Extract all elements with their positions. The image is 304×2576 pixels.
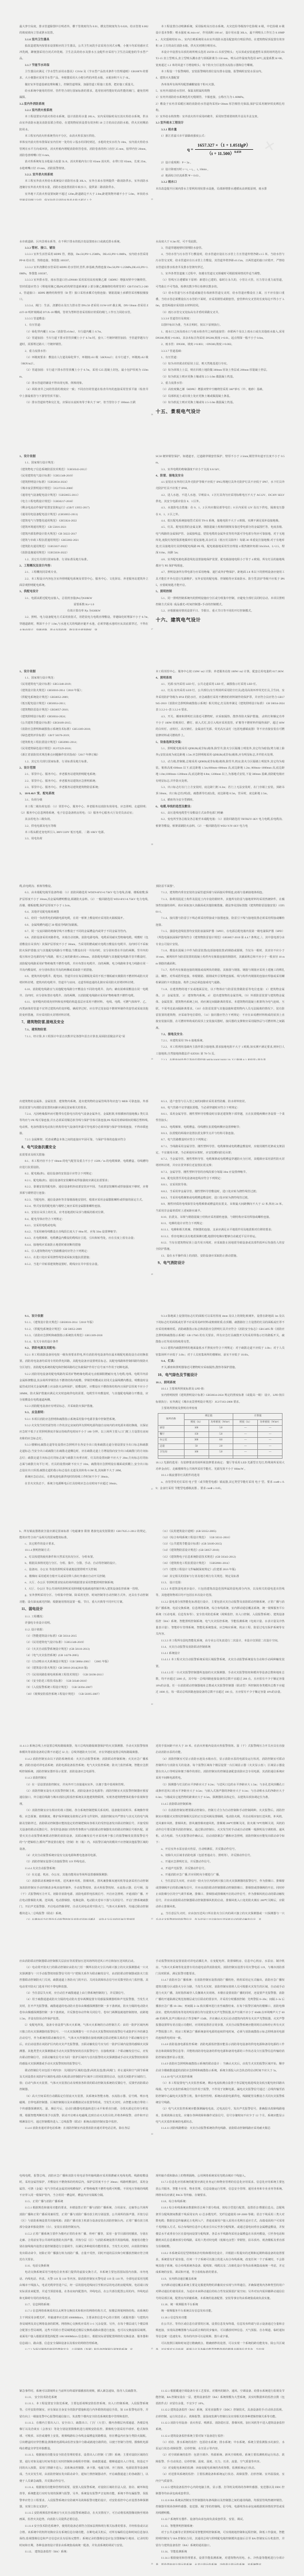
document-page: 1、设计依据1.1、国家现行设计规范：《民用建筑电气设计标准》GB51348-2… [0,669,304,884]
text-column: 出建筑物的金属体、金属装置、建筑物内系统、进出建筑物的金属管线等均应连与 MEB… [19,1098,148,1275]
paragraph: 5.2、应根据使用情况设置平日、节假日、重大节日等不同的开灯控制模式。 [156,608,285,614]
table-cell: 5.0 [209,1426,233,1432]
paragraph: 11.4.1.3 系统总线上应设置总线短路隔离器，每只总线短路隔离器保护的火灾探… [19,1743,148,1756]
table-cell: 8.0 [209,1438,233,1444]
document-page: 紧急事件时，系统可以即刻终止当前所有终端屏幕播放的视频，插入紧急通知，指导人员疏… [0,2388,304,2576]
paragraph: 4.2、进人水池、不进人水池、旱喷泉 0、1 区灯具均匀应采用标称电压不大于 A… [156,492,285,505]
paragraph: 11.4.1 系统设计 [156,1650,285,1657]
paragraph: （14）《建筑物防雷设计规范》(GB 50057-2010) [156,1547,285,1553]
heading: 6、电缆,导线的选型及敷设： [156,804,285,810]
paragraph: （2）对空调系统的监控：包括空调冷、热源系统、新风空调机组。系统主要监测机组运行… [156,2452,285,2465]
paragraph: 6.1、高压进线电缆型号及敷设方式由供电部门明确 [156,810,285,816]
denominator-base: （t + 11.500） [207,151,234,156]
paragraph: 7.1.4、接闪器与防雷引下线必须采用焊接或卡接器连接，防雷引下线与接地装置必须… [156,915,285,928]
paragraph: 2.2、邻里中心、服务中心、养老服务站建筑应急照明系统； [19,778,148,784]
paragraph: 8.11.1、电梯和相关机械、控制器的连接、支承应满足水平地震作用及地震相对位移… [156,1227,285,1233]
paragraph: 详强电专业设计说明。 [19,1620,148,1626]
page-number: 36 [0,413,304,416]
paragraph: （2）电气火灾监控系统应能探测漏电电流、过电流信号，发出声光报警信号，准确报出故… [156,2106,285,2125]
table-row [158,1456,283,1458]
paragraph: （1）绿化带内覆土 0.5m（消防管≥0.8m），车行道内覆土 0.7m。 [19,329,148,335]
paragraph: 11.5、正常广播与消防广播系统 [19,2199,148,2205]
paragraph: 7.2.2、本工程利用基础内主筋作联合接地体,要求接地电阻不大于 1 欧姆,如实… [156,1044,285,1057]
paragraph: 2、雨水管：DN300，坡度 i=0.003；>DN300,坡度 i=0.002… [156,341,285,348]
page-number: 39 [0,1058,304,1060]
paragraph: 4.4、低压配电系统接地型式采用 TN-S 系统，接地电阻不大于 4 欧姆。实测… [156,518,285,524]
heading: 3.1.6 室内卫生器具 [19,37,148,43]
paragraph: 主要场所照度及照明功率密度 [156,1405,285,1412]
paragraph: 水市政道路、区内景观水系等，在不利于排水的低洼处设置雨水口或就近排水系统。 [19,239,148,245]
table-cell: — [233,1438,258,1444]
paragraph: 6.5、给同一负荷供电的两路电源电缆，在同一桥架上敷设时应采用防火隔板隔开。 [19,915,148,921]
paragraph: e、大厅、办公区 等照明要求较高的场所根据要求采用智能照明控制系统; [19,1580,148,1586]
paragraph: 《消防设施通用规范》（GB55036-2022） [19,550,148,556]
paragraph: 11.6、电话交换系统 [19,2263,148,2269]
paragraph: 6.3、由末端配电箱至设备终端：（1）消防回路选用 WDZN-BYJ-0.75K… [19,890,148,909]
table-cell: — [233,1444,258,1450]
paragraph: （5）《自动喷水灭火系统设计规范》（GB 50084-2001） （2005 年… [19,1659,148,1665]
table-cell: 50 [184,1444,209,1450]
paragraph: 4.3、开关、插座和照明灯具靠近可燃物时，应采取隔热、散热等防火保护措施。 卤钨… [156,714,285,739]
paragraph: 9.1.4、有关专业的设计条件 [19,1339,148,1345]
text-column: 现传输介质和路由上的物理隔绝。公用网络系统采用光缆由城市干线接入。11.7.3 … [156,2173,285,2350]
paragraph: 8.11.2、垂直电梯宜具有地震探测功能,地震时电梯应能够自动就近平层并停运。 [156,1234,285,1240]
paragraph: 《建筑物防雷设计规范》GB50057-2010； [19,707,148,713]
paragraph: 11.8.2 本系统采用星型网络拓扑结构和模块化设计，并根据工程提出的近期和远期… [156,2250,285,2276]
paragraph: （16）《建筑机电工程抗震设计规范》 （GB50981-2014） [156,1560,285,1567]
paragraph: 紧急事件时，系统可以即刻终止当前所有终端屏幕播放的视频，插入紧急通知，指导人员疏… [19,2388,148,2394]
paragraph: 11.12.1 根据暖通空调设备专业工艺要求，对楼内的制冷、通风、空调设备、给排… [156,2388,285,2407]
heading: 3、 10/0.4kV 变、配电系统 [19,791,148,797]
paragraph: 本工程设置室内消火栓给水系统，设计消防用水量 20L/s。室内采用临时高压消火栓… [19,114,148,133]
paragraph: c、其它附件的设计要求。 [19,1541,148,1547]
paragraph: 11.4.1.2.任一台火灾报警控制器所连接的火灾探测器、手动火灾报警按钮和模块… [156,1670,285,1695]
paragraph: 《建筑内部装修设计防火规范》GB 50222-2017 [19,531,148,537]
paragraph: 10.1.1 主要场所照度标准及 LPD 值： [156,1386,285,1392]
document-page: 电线电缆，报警总线、消防应急广播和消防专用电话等传输线路应采用阻燃耐火电线电缆。… [0,2173,304,2388]
table-subheader-cell: 照度（lx） [233,1419,258,1426]
page-number: 43 [0,1917,304,1920]
paragraph: 2）敷设于室内非采暖区域的消防给水管道均采用δ=30mm 厚岩棉管壳保温,保护层… [156,101,285,114]
paragraph: （6）《建筑设计防火规范》GB 50016-2014(2018 版) [19,1665,148,1671]
text-column: 近的手报间距不应大于 30 米。在消火栓箱内设消火栓报警按钮。湿（干）式报警阀压… [156,1743,285,1920]
paragraph: 8.2.2、靠墙安装的配电柜、通信设备机柜底部安装应牢固。当底部安装螺栓或焊接强… [19,1184,148,1197]
paragraph: 11.4.4 火灾自动报警系统： [19,1866,148,1872]
paragraph: （2）局部软泥土或垃圾土处应更换土壤或做混凝土条基。 [156,393,285,399]
paragraph: （1）本工程设置电气火灾监控系统。剩余电流检测点设置于各层配电箱进线处及低压配电… [156,2080,285,2106]
heading: 3.2.室内外消防系统 [19,101,148,107]
page-number: 37 [0,628,304,630]
paragraph: 11.4.10 电气火灾监控系统 [156,2074,285,2080]
paragraph: 8.11、电梯的设计应符合下列规定： [156,1220,285,1227]
table-cell: 走道 [158,1444,184,1450]
paragraph: 11.5.2 正常广播系统主要作为楼内正常的业务广播、传呼广播等，采用一套节目源… [19,2231,148,2263]
heading: 9、电气消防设计 [156,1259,285,1268]
paragraph: 3.1、电源从附近配电房接入，总装机容量(Pe)为630KW [19,595,148,602]
heading: 1、设计依据 [19,669,148,675]
paragraph: 《民用建筑电气设计标准》（GB51348-2019） [19,473,148,479]
paragraph: （13）《公共建筑节能设计标准》(GB 50189-2015) [156,1541,285,1547]
paragraph: 需要系数 Kx=1.0 [19,602,148,608]
table-cell [233,1456,258,1458]
paragraph: （6）高大空间采用自动跟踪定位射流灭火装置，其系统由智能水炮、水流指示器、信号阀… [19,2093,148,2125]
document-page: 水市政道路、区内景观水系等，在不利于排水的低洼处设置雨水口或就近排水系统。3.3… [0,239,304,454]
paragraph: 11.4.2 消防控制室由以下消防系统组成：火灾自动报警系统；消防联动控制系统；… [19,1756,148,1775]
text-column: （11）《民用建筑设计通则》(GB 50352-2005)（12）《综合布线系统… [156,1528,285,1705]
paragraph: 11.12.7 系统所有器件、设备均由承包商负责成套供货、安装、调试。 [156,2516,285,2523]
text-column: 顶防雷平面图”。7.1.2、建筑物内垂直安装的金属管道顶端与屋面接闪带相连,底端… [156,883,285,1060]
paragraph: 7.1.1、经计算,本工程预计年雷击次数详见各图年雷击计算表,屋面防雷做法详见“… [19,1034,148,1040]
paragraph: 5.1、同一照明控制系统内的照明设施应分区或分组集中控制，应避免全部灯具同时启动… [156,595,285,608]
paragraph: b、切除失火区域非消防电源（包括普通动力、照明等），并反馈动作信号。 [156,1852,285,1859]
paragraph: 3.3.3.3 室外排水管，雨水管道口径≤DN600 采用采用高密度聚乙烯（HD… [19,277,148,303]
paragraph: 9.3.3 楼梯间,疏散走道等处设置应急照明并在各安全出口处和疏散走道分别设置安… [19,1442,148,1474]
paragraph: 8.2.3、当配电柜、通信设备柜等非靠墙落地安装时，根部应采用金属膨胀螺栓或焊接… [19,1197,148,1203]
paragraph: （4）火灾自动报警系统应设有交流电源和蓄电池备用电源。 [19,1852,148,1859]
paragraph: 11.3、 设计范围： [156,1580,285,1586]
table-cell: — [233,1426,258,1432]
heading: 1、设计依据 [19,453,148,460]
heading: 3、供配电设计 [19,589,148,595]
paragraph: 8.8.2、当采用穿金属导管、刚性塑料导管敷设时，进口处应转为挠性线管过渡； [156,1189,285,1195]
paragraph: （4）消防控制室可显示消防水池及水箱水位，显示消防水泵的电源及运行状况，消防控制… [156,1756,285,1782]
paragraph: （3）如为软泥土则应更换土壤或每 2.5-3.0m 做混凝土枕基。 [156,399,285,406]
paragraph: 《建筑与市政工程抗震通用规范》GB55002-2021 [19,537,148,543]
paragraph: 8.8.3、当采用电缆梯架或电缆槽盒敷设时，进口处应转为挠性线管过渡。 [156,1195,285,1201]
paragraph: 做好室外管道基础处理和覆土，控制管道埋深，加强管道工程施工监督，把好施工质量关。 [19,82,148,88]
exponent: 0.659 [234,151,241,154]
paragraph: 1、有压管道： [19,322,148,328]
heading: 十六、建筑电气设计 [156,614,285,626]
paragraph: 9.1.1、《建筑设计防火规范》GB50016-2014（2018 年版） [19,1319,148,1326]
heading: 10、电气绿色及节能设计 [156,1371,285,1380]
paragraph: 4.1、光源:室内采用 LED 灯，公共走道采用 LED 灯，疏散指示灯采用 L… [156,681,285,687]
page-number: 46 [0,2562,304,2565]
page-number: 35 [0,198,304,201]
paragraph: 3.3.3.7 管道基础： [156,348,285,354]
paragraph: 11.7.3 信息化应用系统的配置应满足业务运行和物业管理的信息化应用需求。信息… [156,2179,285,2199]
paragraph: 8.7、电气管路敷设时应符合下列规定： [156,1137,285,1143]
paragraph: （2）管道加固：车行道下排水管管顶覆土小于 0.7m，采用 C25 混凝土封包，… [19,367,148,380]
fraction: 1657.327 ×（1 + 1.051lgP）（t + 11.500）0.65… [195,142,253,157]
paragraph: 4）地面综合径流系数 Ψ = 0.63 。 [156,173,285,179]
paragraph: 9.3.1 本项目消防应急照明和疏散指示系统采用集中电源非集中控制型系统。 [19,1416,148,1423]
paragraph: c、开通应急照明灯具，并反馈动作信号。 [156,1859,285,1865]
paragraph: 4.1.安装在室外的灯具外壳防护等级不应低于 IP65;埋地灯具外壳防护灯具不应… [156,479,285,492]
paragraph: 5.1、照明配电箱采用 QDB2R(或非标)箱体,除竖井,防火分区隔墙上明装外,… [156,746,285,759]
paragraph: 11.11.5 安防视频监控系统宜与火灾自动报警系统联动，在火灾情况下，可自动将… [19,2510,148,2523]
paragraph: 8.7.1、当线路采用金属导管、刚性塑料导管、电缆梯架或电缆槽盒敷设时，应使用刚… [156,1143,285,1157]
paragraph: 开关,插座和照明器靠近可燃物时应采取隔热,散热等保护措施。 [156,1364,285,1371]
paragraph: 11.12、 建筑设备监控（BA）系统： [19,2549,148,2555]
paragraph: 以图中标识为准，当未注明时，按以下原则执行。 [156,322,285,328]
paragraph: 11.12.3 消防专用设备：消火栓泵、喷洒泵、消防稳压泵、排烟风机、加压风机等… [156,2420,285,2433]
paragraph: 13、设在水平操作面上的消防、安防设备应采取防止滑动措施。 [156,1253,285,1259]
paragraph: 《通用用电设备配电设计规范》(GB50055-2011) [19,512,148,518]
paragraph: 本次改造提升区域内排水主要利用现状排水设施，局部新增排水遵循从高到低原则，雨水排 [156,186,285,192]
paragraph: 顶防雷平面图”。 [156,883,285,890]
paragraph: f、大厅、办公区 等公共场所的照明采用照明配电箱就地控制并纳入建筑设备监控系统一… [19,1586,148,1592]
document-page: 1、设计依据1.1、国家现行设计规范：《建筑物电子信息系统防雷技术规范》（GB5… [0,453,304,669]
heading: 3.3.1 雨水量 [156,127,285,133]
paragraph: （12）《综合布线系统工程设计规范》 （GB 50311-2016） [156,1535,285,1541]
numerator: 1657.327 ×（1 + 1.051lgP） [195,142,253,150]
text-column: 11.4.1.3 系统总线上应设置总线短路隔离器，每只总线短路隔离器保护的火灾探… [19,1743,148,1920]
paragraph: 给水系统中使用的管材、管件符合现行国家标准的要求。选用密闭性能好的高性能的阀门，… [19,88,148,101]
paragraph: 11.4.3 消防控制室 [19,1775,148,1781]
paragraph: （4）对送排风系统的监控：主要监测设备和系统运行状态、故障报警、启停控制、室外温… [156,2471,285,2484]
table-cell: — [258,1431,283,1438]
heading: 7.2、接地及安全. [156,1031,285,1038]
paragraph: 《建筑防火通用规范》（GB55037-2022） [19,543,148,550]
paragraph: f、当任意层失火时，应由同一防火分区内的两只独立的火灾探测器的报警信号，作为排烟… [156,1878,285,1910]
paragraph: 拟改造建筑内按要求设置相应的卫生器具，公共卫生间洗手盆采用自闭式水嘴，小便斗均采… [19,43,148,62]
paragraph: 对于公共走廊等正常照明采用智能照明控制系统，可实现就地控制和远程控制，降低工作强… [156,2529,285,2549]
paragraph: （4）用于疏散通道或防火分隔的电动防火卷帘两侧设置专用感温探测器组和声光报警器，… [19,1996,148,2022]
table-cell [158,1456,184,1458]
paragraph: （1）在消防控制室增置联动控制台，控制方式分为自动控制和手动控制两种。火灾报警后… [156,1807,285,1846]
heading: 3.3.3 管材、接口、铺设 [19,245,148,251]
paragraph: 11.11、 安全技术防范系统 [19,2394,148,2401]
paragraph: （1）《智能建筑设计标准》GB 50314-2015 [19,1633,148,1639]
table-subheader-cell: 功率密度（W/m²） [258,1419,283,1426]
table-cell: 2.0 [209,1444,233,1450]
paragraph: 《绿色建筑评价标准》 GB/T 50378-2019； [19,732,148,739]
paragraph: （5）消防控制室设置可直接报警的 119 外线电话。 [19,1859,148,1865]
document-page: 11.4.1.3 系统总线上应设置总线短路隔离器，每只总线短路隔离器保护的火灾探… [0,1743,304,1958]
table-cell: — [233,1431,258,1438]
text-column: 手动报警按钮处设置消防对讲电话插孔外，在变配电所、防排烟机房、信息中心机房、水泵… [156,1958,285,2135]
paragraph: 《供配电系统设计规范》GB50052-2009； [19,694,148,701]
paragraph: 11.11.3、根据使用功能及安全防范管理的要求，设置出入口控制（门禁）系统；主… [19,2452,148,2484]
paragraph: 11.4.9 消防应急照明和疏散指示系统的联动设计 ：当确认火灾后，由发生火灾的… [156,2061,285,2074]
paragraph: 6.10、消防配电线路宜与其他配电线路分开敷设在不同的电缆井、沟内；确有困难需敷… [19,986,148,1000]
paragraph: 1.1、国家现行设计规范： [19,675,148,681]
table-cell: 卫生间 [158,1450,184,1456]
paragraph: 电话交换系统采用当地电信业务部门提供的虚拟交换方式，本系统主要包括国际国内直拨、… [19,2269,148,2301]
paragraph: 《民用建筑电气设计标准》GB51348-2019； [19,681,148,687]
table-row: 卫生间1005.0—— [158,1450,283,1456]
text-column: 最大净空高度。排水管道除图中注明者外，横干管坡度均为 0.01，横支管坡度均为 … [19,24,148,201]
paragraph: 7.1.2、建筑物内垂直安装的金属管道顶端与屋面接闪带相连,底端与基础接地体相连… [156,890,285,896]
heading: 3.3.2 雨水口 [156,179,285,185]
table-cell: 5.0 [209,1431,233,1438]
paragraph: 8.5.2、当进户并贴邻建筑物设置时，缆线应在井中留有余量。 [19,1261,148,1268]
heading: 3.2.1 室内消火栓系统 [19,107,148,114]
formula-lhs: q = [187,147,193,152]
paragraph: （2）如为回填土土层，则在回填土地段做 300mm 厚灰土垫层或 200mm 厚… [156,367,285,373]
paragraph: b、根据具体情况进行分区、分组、集中、分散、手动、自动等控制的设计。 [19,1560,148,1567]
paragraph: 4.2、灯具:室内采用 LED 灯，公共部位(有尘埃场所采用防尘灯具)选用高效环… [156,687,285,713]
text-column: 应由消防联动控制器联动控制相关层前室等需要加压送风场所的送风口开启和加压送风机启… [19,1958,148,2135]
paragraph: 2.1、邻里中心、服务中心、养老服务站建筑照明配电系统； [19,771,148,778]
text-column: SC50 镀锌钢管保护。如遇道牙，过道路穿钢套管保护，壁厚不小于 2.5mm,钢… [156,453,285,630]
paragraph: （8）《安全防范工程技术标准》 （GB 50348-2018） [19,1678,148,1684]
text-column: b、所有镇流器谐波含量应满足国家标准《电磁兼容 限值 谐波电流发射限值》GB17… [19,1528,148,1705]
paragraph: 本工程设一个报警阀组，安装报警阀的部位设有排水设施，报警阀组安装水泵房内。 [156,69,285,75]
paragraph: 2.1、工程概况同景观专业。 [19,569,148,575]
heading: 9.2、消防电源及其配电： [19,1345,148,1351]
paragraph: 4.7、照明设备所有带电部分应采用绝缘、遮拦或外护物保护。距地面 2.8 米以下… [156,569,285,589]
document-page: b、所有镇流器谐波含量应满足国家标准《电磁兼容 限值 谐波电流发射限值》GB17… [0,1528,304,1744]
paragraph: 水高度大于 0.3m 时，可不受此限。 [156,239,285,245]
paragraph: 1、雨水口之间及雨水口与雨水检查井之间的连接管：串联两个及以上雨水口或有其他雨水… [156,329,285,342]
heading: 2、工程概况及设计内容： [19,563,148,569]
paragraph: 9.1.3、《消防应急照明和疏散指示系统技术规范》GB51309-2018 [19,1333,148,1339]
paragraph: 11.4.11 消防线路敷设：火灾自动报警系统的供电线路、消防联动控制线路应采用… [156,2125,285,2131]
paragraph: 其余用电为三级负荷。 [19,816,148,823]
paragraph: e、开通消防应急广播,并应同时向全楼进行广播。 [156,1872,285,1878]
document-page: 9.1、设计依据9.1.1、《建筑设计防火规范》GB50016-2014（201… [0,1313,304,1528]
paragraph: （3）排水管道的铺设不得出现无坡、倒坡现象。 [19,380,148,386]
paragraph: 3.3.3.1 室外生活管采用 HDPE 管，熔接，De≤50,PN=1.25M… [19,251,148,264]
paragraph: （3）消防控制室应有相应的竣工图纸、各分系统控制逻辑关系说明、设备使用说明书、系… [19,1807,148,1852]
paragraph: 室内移动通信覆盖系统主要是克服建筑物的屏蔽效应实现与外界通信，并确保建筑内各种类… [156,2282,285,2302]
paragraph: 2）设计重现期：P = 3a 。 [156,160,285,166]
paragraph: 11.4.5 消防联动控制系统： [156,1801,285,1807]
document-page: 应由消防联动控制器联动控制相关层前室等需要加压送风场所的送风口开启和加压送风机启… [0,1958,304,2173]
paragraph: 11.10、统一视频服务平台系统 [156,2302,285,2308]
table-cell: 5.0 [209,1450,233,1456]
paragraph: 2、重力流排水管： [19,348,148,354]
paragraph: 11.12.4 建筑设备监控系统主要对如下设备进行监控： [156,2433,285,2439]
paragraph: 6.9、建筑内的电缆井、配电间、管道井应在每层楼板处采用不低于楼板耐火极限的不燃… [19,973,148,986]
paragraph: 《建筑环境通用规范》 GB 55016-2021 [19,524,148,530]
document-page: 最大净空高度。排水管道除图中注明者外，横干管坡度均为 0.01，横支管坡度均为 … [0,24,304,239]
paragraph: 联动控制信号应包括下列内容：关闭防护区域的送(排)风机及送(排)风阀门；停止通风… [19,2068,148,2093]
table-cell: — [233,1450,258,1456]
table-subheader-cell: 功率密度（W/m²） [209,1419,233,1426]
paragraph: 8.12、当有在建筑物屋顶上设共用天线时，应采取防止因地震导致设备或其部件损坏后… [156,1240,285,1253]
paragraph: （4）两检查井之间的管段的坡度应一致；不同直径的管道在检查井内的连接采用管顶平接… [19,386,148,399]
paragraph: 最大净空高度。排水管道除图中注明者外，横干管坡度均为 0.01，横支管坡度均为 … [19,24,148,37]
paragraph: （2）消防控制室设有火灾报警控制主机、消防设备应急电源等；消防控制室火灾报警控制… [19,1788,148,1807]
paragraph: 11.12.6 BA 系统从控制室至控制器的每条线路以及控制器之间的通讯线路，均… [156,2497,285,2517]
paragraph: 8.9、刚性材质的电线保管及电缆梯架或槽盒的抗震支、吊架最大间距侧向不大于 12… [156,1201,285,1214]
paragraph: 8.10、抗震支、吊架与钢筋混凝土结构应采用锚栓连接，与钢结构应采用焊接或螺栓连… [156,1214,285,1220]
paragraph: 统一视频服务平台系统具有信息发布功能。 [156,2308,285,2314]
paragraph: 11.4.6 消防直通对讲电话系统：在消防控制室内设置消防直通对讲电话总机，除在… [19,2125,148,2131]
paragraph: 5、室内外消防给水管材、保温及附属构筑物 [156,88,285,94]
paragraph: 7.2.5 金属梯架、托盘或槽盒本体之间的连接应牢固可靠，与保护导体的连接应符合 [19,1137,148,1143]
paragraph: 8.7.3、金属导管、刚性塑料导管的直线段部分每隔 30m 应设置伸缩节。 [156,1169,285,1175]
paragraph: 8.5.3、进户套管与引入管之间的间隙应采用柔性防腐、防水材料密封。 [156,1098,285,1105]
paragraph: 《建筑照明设计标准》（GB50034-2024） [19,479,148,485]
paragraph: 本工程设置自动喷淋系统，采用临时高压给水系统。火灾危险等级按中危险级 II 级，… [156,24,285,49]
paragraph: 9.2.1 本工程消防设备用电按一级负荷要求供电,所有消防用电设备均在最末级配电… [19,1352,148,1371]
paragraph: 11.3.3 本工程所有弱电智能化系统，由专业公司负责进行二次设计，本设计仅预留… [156,1638,285,1644]
paragraph: 《浙江省消防技术规范难点问题操作技术指南》（2017 年修订稿） [19,752,148,758]
table-cell: 餐厅 [158,1431,184,1438]
watermark: ✕ [262,138,277,156]
paragraph: （2）消防联动系统除补风机、送风兼补风机、排烟风机、排风兼排烟双速风机等设备采用… [19,1878,148,1917]
paragraph: 11.1. 工程概况： [19,1614,148,1620]
paragraph: （4）《电气火灾监控系统》(GB 14278-2005) [19,1652,148,1659]
paragraph: （2）电动常开防火门的联动控制应由防火门任一侧所在防火分区内两只独立的火灾探测器… [19,1964,148,1990]
heading: 5、照明控制 [156,589,285,595]
illuminance-power-density-table: 场所名称规定值计算值照度（lx）功率密度（W/m²）照度（lx）功率密度（W/m… [158,1413,283,1459]
paragraph: 7.2.1、本建筑采用 TN-S 接地系统。 [156,1038,285,1044]
paragraph: 缆,沿电缆沟、桥架等敷设。 [19,883,148,890]
paragraph: 3、管道穿越地壁时预埋防水套管。 [156,245,285,251]
paragraph: 11.2. 设计依据： [19,1627,148,1633]
table-cell: 300 [184,1438,209,1444]
paragraph: 11.9、室内移动通信覆盖系统 [156,2276,285,2282]
text-column: 水市政道路、区内景观水系等，在不利于排水的低洼处设置雨水口或就近排水系统。3.3… [19,239,148,416]
paragraph: 8.4.4、接地线应采取防止地震时被切断的措施 [19,1242,148,1248]
heading: 7.1、建筑物防雷. [19,1027,148,1033]
paragraph: （3）《火灾自动报警系统设计规范》(GB 50116-2013) [19,1646,148,1652]
table-cell: — [258,1426,283,1432]
heading: 3.2.2. 室外消火栓系统 [19,172,148,178]
text-column: 1、设计依据1.1、国家现行设计规范：《建筑物电子信息系统防雷技术规范》（GB5… [19,453,148,630]
paragraph: 5.4、插座均为安全型插座。 [156,797,285,803]
paragraph: 8.4.2、当采用硬母线敷设且直线段长度大于 80m 时，应每 50m 设置伸缩… [19,1229,148,1235]
heading: 7、建筑物防雷,接地及安全 [19,1018,148,1027]
paragraph: （17）《建筑工程设计文件编制深度规定》(住建部 2016 年版) [156,1567,285,1573]
text-column: 9.1、设计依据9.1.1、《建筑设计防火规范》GB50016-2014（201… [19,1313,148,1490]
paragraph: 8.1、本工程内径不小于 60mm 的电气配管及重力不小于 150N／m 的电缆… [19,1158,148,1171]
paragraph: 8.6.3、抗震缝的两端应设置抗震支撑节点并与结构可靠连接。 [156,1130,285,1137]
paragraph: 6.8、消防设备采用双路供电，末端自动切换。消防电源电线、电缆采用耐火型绝缘电缆… [19,935,148,973]
paragraph: 11.4.8 消防设备电源监控系统：消防电源监控器应能显示消防用电设备的供电电源… [156,2041,285,2061]
heading: 3.3 室外雨水工程设计 [156,120,285,126]
paragraph: 3.3、用电负荷 [19,836,148,842]
paragraph: 《建筑物电子信息系统防雷技术规范》（GB50343-2012） [19,467,148,473]
paragraph: （2）《民用建筑电气设计标准》（GB51348-2019） [19,1639,148,1646]
paragraph: 11.7.1 信息网络系统采用以太网等交换技术和相应的网络结构方式，按楼层规划网… [19,2308,148,2347]
paragraph: 6.4、其他详见配电箱系统图 [19,909,148,915]
paragraph: 9.2.3 消防配电设备应有明显标志，并采取防火保护措施。 [19,1403,148,1409]
paragraph: 11.12.5 建筑设备监控中心内的电脑主机、显示器、打印机及现场的各种传感器、… [156,2484,285,2497]
paragraph: 6.6、金属线槽内超过 30 根流导线时加隔板。 [19,922,148,928]
paragraph: 5）变配电所处，设备专业设置气体灭火系统。气体灭火系统的自动控制方式：由同一防护… [19,2022,148,2067]
paragraph: 应由消防联动控制器联动控制相关层前室等需要加压送风场所的送风口开启和加压送风机启… [19,1958,148,1964]
paragraph: 8.4.3、在电缆梯架、电缆槽盒内敷设的缆线在引进、引出和转弯处，应在长度上留有… [19,1235,148,1241]
paragraph: （2）给水管道与污水管道或输送有毒液体管道交叉时，给水管道应敷设在上面，且不应有… [156,290,285,309]
paragraph: 2、重力流排水管： [156,380,285,386]
paragraph: 8.6.1、采用金属导管、刚性塑料导管敷设时宜靠近建筑物下部穿越，且在抗震缝两侧… [156,1111,285,1124]
heading: 9.4、灯具： [156,1358,285,1364]
paragraph: （3）当任意层失火时，应自动打开疏散通道上由门禁系统控制的门，并反馈信号。 [19,1990,148,1996]
paragraph: d、开通声光报警，并反馈动作信号。 [156,1866,285,1872]
paragraph: 4、建筑灭火器配置 [156,75,285,81]
paragraph: 《电力工程电缆设计规范》（GB50217-2018） [19,498,148,505]
text-column: 11.12.1 根据暖通空调设备专业工艺要求，对楼内的制冷、通风、空调设备、给排… [156,2388,285,2565]
paragraph: （5）排水管道转弯和交汇处，应保证水流转角等于和大于 90°，但当管径小于 30… [19,399,148,406]
paragraph: 11.5.1 根据规范和使用功能的要求，本楼设置正常广播与消防广播系统，合用前室… [19,2205,148,2230]
paragraph: 7.2.4、凡因绝缘损坏而可能带有危险电压的电气设备金属外壳、金属框架,单相插座… [19,1111,148,1137]
paragraph: 《公共建筑节能设计标准》GB50189-2015； [19,720,148,726]
paragraph: （1）在一层设置消防控制室，并向外开门直接通向室外，以便于集中监视和管理。 [19,1782,148,1788]
paragraph: （11）《民用建筑设计通则》(GB 50352-2005) [156,1528,285,1535]
paragraph: 手动报警按钮处设置消防对讲电话插孔外，在变配电所、防排烟机房、信息中心机房、水泵… [156,1958,285,1978]
paragraph: 电线电缆，报警总线、消防应急广播和消防专用电话等传输线路应采用阻燃耐火电线电缆。… [19,2173,148,2199]
table-row: 办公室3008.0—— [158,1438,283,1444]
heading: 10.1、照明系统 [156,1380,285,1386]
paragraph: 11.3.2 弱电部分按智能化标准进行设计，主要包括火灾自动报警及消防联动控制系… [156,1599,285,1638]
paragraph: 本工程二级负荷包括：（1）邻里中心、服务中心、养老服务站消防负荷用电、应急照明、… [19,804,148,817]
heading: 9.1、设计依据 [19,1313,148,1319]
text-column: 8.5.3、进户套管与引入管之间的间隙应采用柔性防腐、防水材料密封。8.6、电气… [156,1098,285,1275]
page-number: 44 [0,2133,304,2135]
paragraph: 3.2、供电电源及电压等级 [19,823,148,829]
paragraph: 7.1.8、在建筑物的地下室或地面层处，以下物体应与防雷装置做防雷等电位连接：1… [156,986,285,1031]
heading: 11、弱电设计 [19,1605,148,1614]
paragraph: SC50 镀锌钢管保护。如遇道牙，过道路穿钢套管保护，壁厚不小于 2.5mm,钢… [156,453,285,467]
paragraph: 5.2、动力箱,控制箱,总箱采用 QDBD(或非标箱)箱体,除竖井,机房,防火分… [156,759,285,784]
rainfall-intensity-formula: ✕q =1657.327 ×（1 + 1.051lgP）（t + 11.500）… [156,142,285,157]
